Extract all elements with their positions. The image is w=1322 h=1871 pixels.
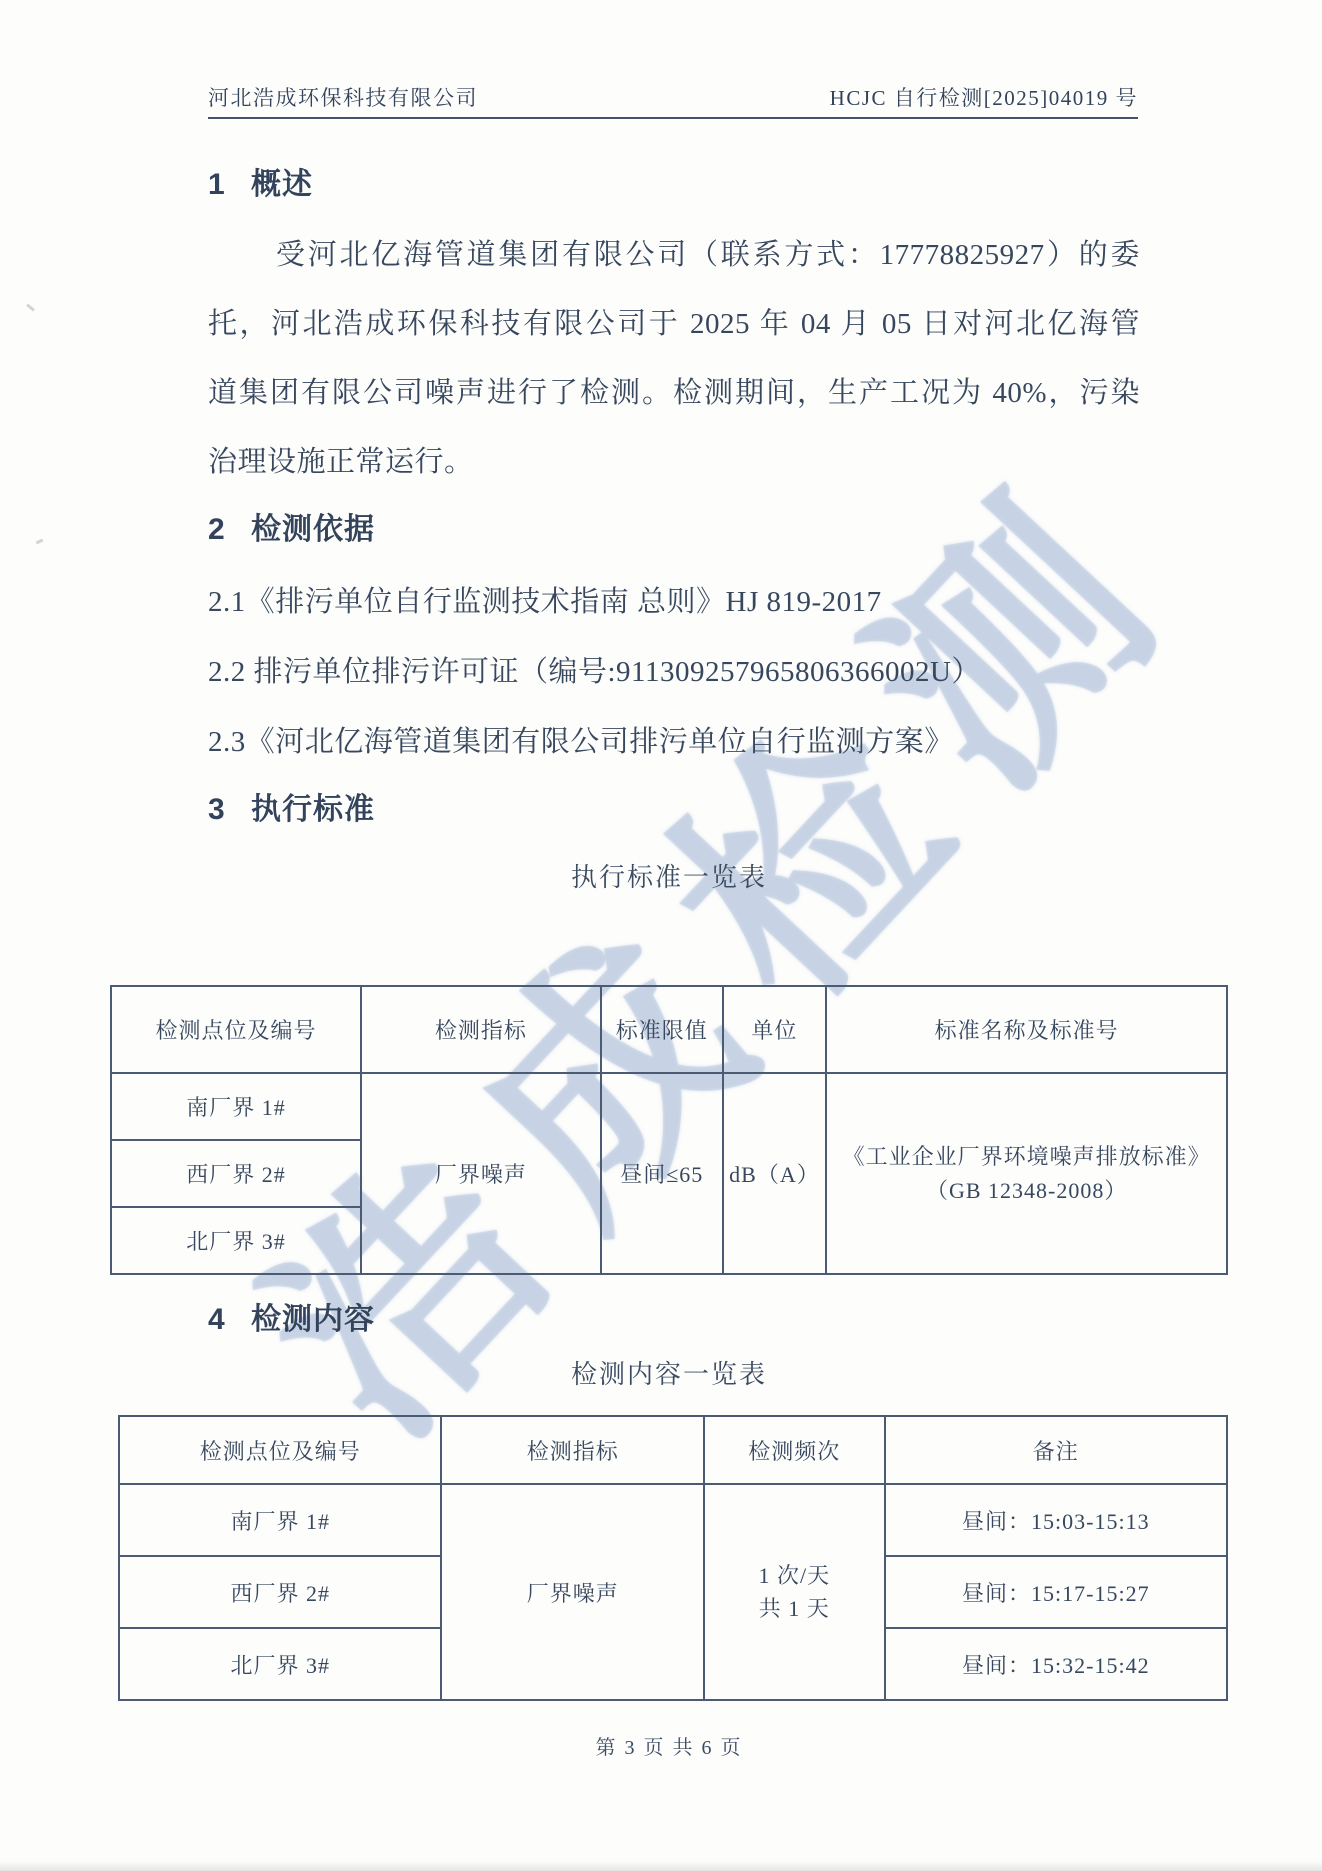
section-4-heading: 4 检测内容 xyxy=(208,1300,375,1340)
point-cell: 北厂界 3# xyxy=(111,1207,361,1274)
standards-table-title: 执行标准一览表 xyxy=(110,858,1228,898)
report-page: 浩成检测 河北浩成环保科技有限公司 HCJC 自行检测[2025]04019 号… xyxy=(0,0,1322,1871)
content-table-title: 检测内容一览表 xyxy=(110,1355,1228,1395)
scan-artifact xyxy=(36,539,44,545)
indicator-cell: 厂界噪声 xyxy=(361,1073,601,1274)
remark-cell: 昼间：15:03-15:13 xyxy=(885,1484,1227,1556)
page-number: 第 3 页 共 6 页 xyxy=(110,1731,1228,1760)
section-2-heading: 2 检测依据 xyxy=(208,510,375,550)
standards-table: 检测点位及编号 检测指标 标准限值 单位 标准名称及标准号 南厂界 1# 厂界噪… xyxy=(110,985,1228,1275)
standard-name: 《工业企业厂界环境噪声排放标准》 xyxy=(827,1140,1226,1174)
section-3-heading: 3 执行标准 xyxy=(208,790,375,830)
page-header: 河北浩成环保科技有限公司 HCJC 自行检测[2025]04019 号 xyxy=(208,82,1138,119)
paragraph-line: 道集团有限公司噪声进行了检测。检测期间，生产工况为 40%，污染 xyxy=(208,359,1140,428)
basis-item: 2.2 排污单位排污许可证（编号:911309257965806366002U） xyxy=(208,637,1168,707)
column-header: 标准限值 xyxy=(601,986,723,1073)
column-header: 检测点位及编号 xyxy=(119,1416,441,1484)
table-row: 南厂界 1# 厂界噪声 1 次/天 共 1 天 昼间：15:03-15:13 xyxy=(119,1484,1227,1556)
content-table: 检测点位及编号 检测指标 检测频次 备注 南厂界 1# 厂界噪声 1 次/天 共… xyxy=(118,1415,1228,1701)
paragraph-line: 受河北亿海管道集团有限公司（联系方式：17778825927）的委 xyxy=(208,221,1140,290)
unit-cell: dB（A） xyxy=(723,1073,827,1274)
point-cell: 南厂界 1# xyxy=(111,1073,361,1140)
point-cell: 西厂界 2# xyxy=(119,1556,441,1628)
table-header-row: 检测点位及编号 检测指标 检测频次 备注 xyxy=(119,1416,1227,1484)
column-header: 检测指标 xyxy=(361,986,601,1073)
table-row: 南厂界 1# 厂界噪声 昼间≤65 dB（A） 《工业企业厂界环境噪声排放标准》… xyxy=(111,1073,1227,1140)
frequency-cell: 1 次/天 共 1 天 xyxy=(704,1484,885,1700)
remark-cell: 昼间：15:17-15:27 xyxy=(885,1556,1227,1628)
header-report-number: HCJC 自行检测[2025]04019 号 xyxy=(830,82,1138,112)
paragraph-line: 托，河北浩成环保科技有限公司于 2025 年 04 月 05 日对河北亿海管 xyxy=(208,290,1140,359)
point-cell: 西厂界 2# xyxy=(111,1140,361,1207)
scan-artifact xyxy=(26,303,35,311)
frequency-line: 共 1 天 xyxy=(705,1592,884,1625)
header-company-name: 河北浩成环保科技有限公司 xyxy=(208,82,478,112)
column-header: 标准名称及标准号 xyxy=(826,986,1227,1073)
limit-cell: 昼间≤65 xyxy=(601,1073,723,1274)
table-header-row: 检测点位及编号 检测指标 标准限值 单位 标准名称及标准号 xyxy=(111,986,1227,1073)
column-header: 单位 xyxy=(723,986,827,1073)
paragraph-line: 治理设施正常运行。 xyxy=(208,428,1140,497)
column-header: 检测频次 xyxy=(704,1416,885,1484)
scan-edge-shadow xyxy=(0,1861,1322,1871)
remark-cell: 昼间：15:32-15:42 xyxy=(885,1628,1227,1700)
standard-number: （GB 12348-2008） xyxy=(827,1174,1226,1208)
basis-list: 2.1《排污单位自行监测技术指南 总则》HJ 819-2017 2.2 排污单位… xyxy=(208,567,1168,777)
indicator-cell: 厂界噪声 xyxy=(441,1484,704,1700)
point-cell: 北厂界 3# xyxy=(119,1628,441,1700)
column-header: 备注 xyxy=(885,1416,1227,1484)
standard-cell: 《工业企业厂界环境噪声排放标准》 （GB 12348-2008） xyxy=(826,1073,1227,1274)
basis-item: 2.3《河北亿海管道集团有限公司排污单位自行监测方案》 xyxy=(208,707,1168,777)
point-cell: 南厂界 1# xyxy=(119,1484,441,1556)
frequency-line: 1 次/天 xyxy=(705,1559,884,1592)
column-header: 检测点位及编号 xyxy=(111,986,361,1073)
column-header: 检测指标 xyxy=(441,1416,704,1484)
overview-paragraph: 受河北亿海管道集团有限公司（联系方式：17778825927）的委 托，河北浩成… xyxy=(208,221,1140,497)
section-1-heading: 1 概述 xyxy=(208,165,313,205)
basis-item: 2.1《排污单位自行监测技术指南 总则》HJ 819-2017 xyxy=(208,567,1168,637)
